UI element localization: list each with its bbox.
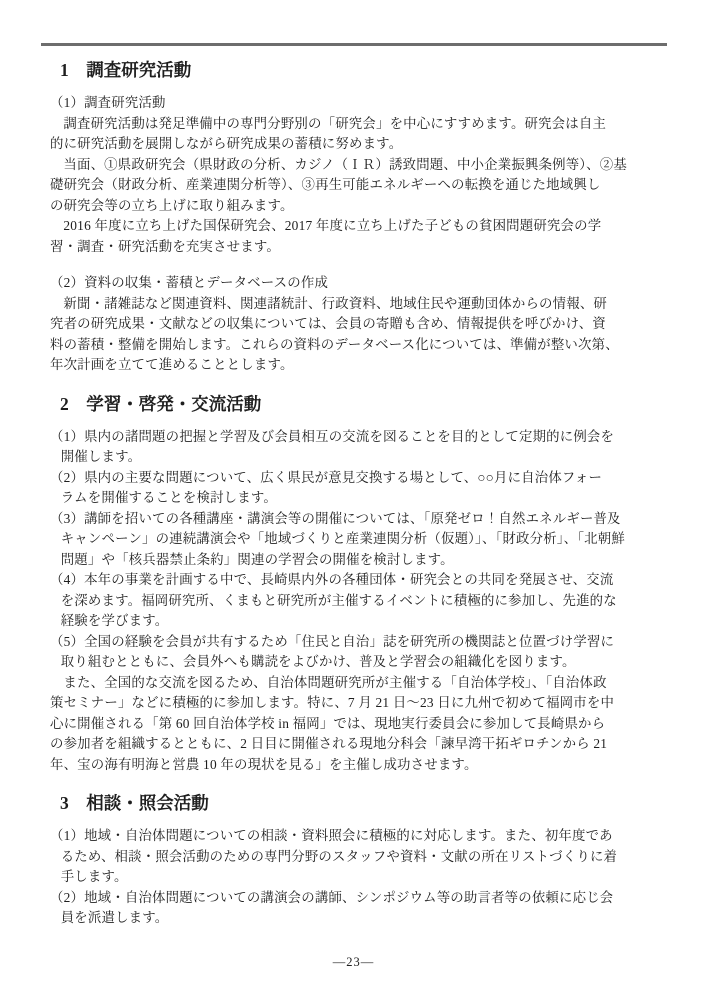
subsection-1-1-label: （1）調査研究活動 (50, 93, 662, 114)
paragraph-national-exchange: また、全国的な交流を図るため、自治体問題研究所が主催する「自治体学校」、「自治体… (50, 673, 662, 776)
paragraph-database: 新聞・諸雑誌など関連資料、関連諸統計、行政資料、地域住民や運動団体からの情報、研… (50, 294, 662, 376)
section-learning-exchange: 2 学習・啓発・交流活動 （1）県内の諸問題の把握と学習及び会員相互の交流を図る… (50, 392, 662, 776)
list-item-2-4: （4）本年の事業を計画する中で、長崎県内外の各種団体・研究会との共同を発展させ、… (50, 570, 662, 632)
subsection-1-2-label: （2）資料の収集・蓄積とデータベースの作成 (50, 273, 662, 294)
top-rule (41, 43, 667, 46)
section-2-heading: 2 学習・啓発・交流活動 (60, 392, 662, 416)
list-item-2-5: （5）全国の経験を会員が共有するため「住民と自治」誌を研究所の機関誌と位置づけ学… (50, 632, 662, 673)
page-number: ―23― (0, 955, 707, 970)
paragraph-research-overview: 調査研究活動は発足準備中の専門分野別の「研究会」を中心にすすめます。研究会は自主… (50, 114, 662, 155)
section-3-heading: 3 相談・照会活動 (60, 791, 662, 815)
section-1-heading: 1 調査研究活動 (60, 58, 662, 82)
list-item-2-1: （1）県内の諸問題の把握と学習及び会員相互の交流を図ることを目的として定期的に例… (50, 427, 662, 468)
section-consultation: 3 相談・照会活動 （1）地域・自治体問題についての相談・資料照会に積極的に対応… (50, 791, 662, 929)
list-item-3-2: （2）地域・自治体問題についての講演会の講師、シンポジウム等の助言者等の依頼に応… (50, 888, 662, 929)
list-item-2-3: （3）講師を招いての各種講座・講演会等の開催については、「原発ゼロ！自然エネルギ… (50, 509, 662, 571)
document-page: 1 調査研究活動 （1）調査研究活動 調査研究活動は発足準備中の専門分野別の「研… (0, 0, 707, 1000)
list-item-2-2: （2）県内の主要な問題について、広く県民が意見交換する場として、○○月に自治体フ… (50, 468, 662, 509)
paragraph-research-groups: 当面、①県政研究会（県財政の分析、カジノ（ＩＲ）誘致問題、中小企業振興条例等）、… (50, 155, 662, 217)
list-item-3-1: （1）地域・自治体問題についての相談・資料照会に積極的に対応します。また、初年度… (50, 826, 662, 888)
page-content: 1 調査研究活動 （1）調査研究活動 調査研究活動は発足準備中の専門分野別の「研… (50, 54, 662, 929)
section-research-activities: 1 調査研究活動 （1）調査研究活動 調査研究活動は発足準備中の専門分野別の「研… (50, 58, 662, 376)
paragraph-research-history: 2016 年度に立ち上げた国保研究会、2017 年度に立ち上げた子どもの貧困問題… (50, 216, 662, 257)
